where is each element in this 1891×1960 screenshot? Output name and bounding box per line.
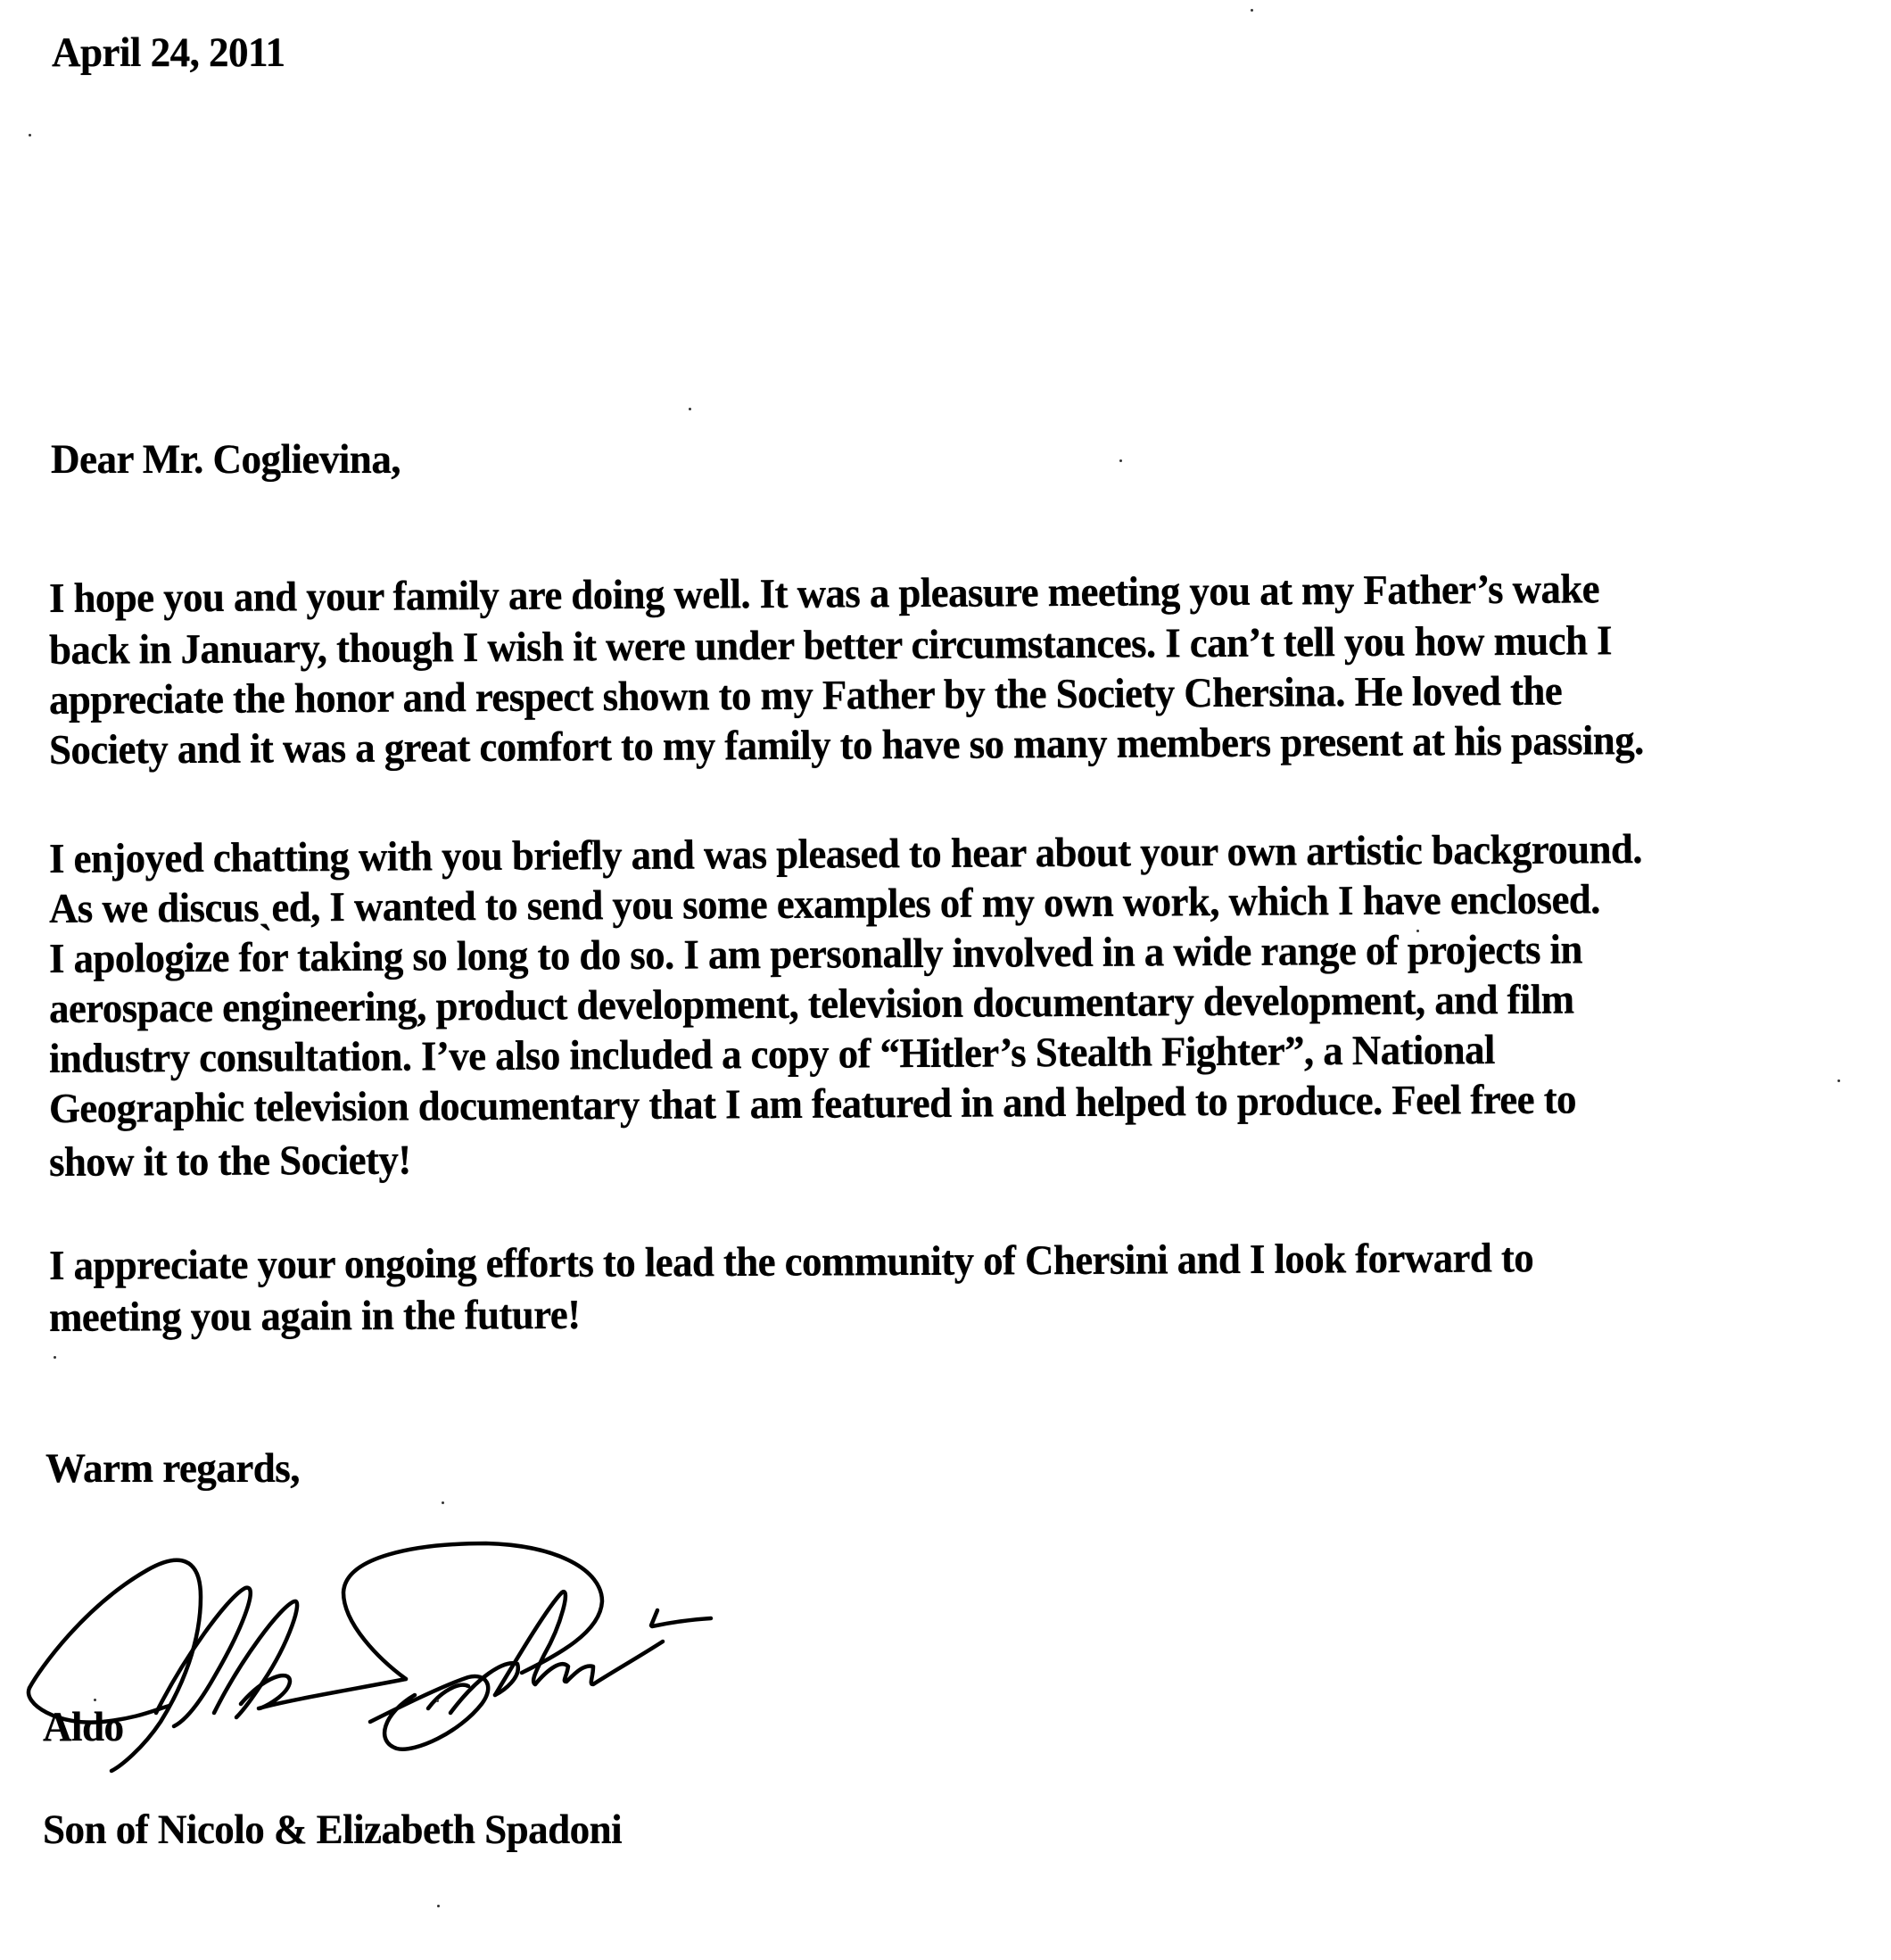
scan-speck xyxy=(437,1905,440,1907)
paragraph-line: I appreciate your ongoing efforts to lea… xyxy=(49,1237,1533,1287)
paragraph-line: back in January, though I wish it were u… xyxy=(49,620,1612,672)
scan-speck xyxy=(442,1501,444,1504)
scan-speck xyxy=(1119,459,1122,462)
handwritten-signature-icon xyxy=(22,1499,807,1784)
closing: Warm regards, xyxy=(45,1448,300,1490)
scan-speck xyxy=(1416,930,1419,932)
paragraph-line: I hope you and your family are doing wel… xyxy=(49,568,1599,620)
paragraph-line: Society and it was a great comfort to my… xyxy=(49,720,1644,772)
paragraph-line: I enjoyed chatting with you briefly and … xyxy=(49,829,1642,881)
salutation: Dear Mr. Coglievina, xyxy=(51,439,400,481)
paragraph-line: show it to the Society! xyxy=(49,1140,411,1184)
scan-speck xyxy=(689,408,691,410)
scan-speck xyxy=(54,1356,56,1359)
paragraph-line: industry consultation. I’ve also include… xyxy=(49,1030,1495,1080)
scan-speck xyxy=(436,1699,439,1702)
letter-date: April 24, 2011 xyxy=(52,32,285,74)
paragraph-line: appreciate the honor and respect shown t… xyxy=(49,671,1562,722)
paragraph-line: aerospace engineering, product developme… xyxy=(49,980,1574,1030)
scan-speck xyxy=(94,1699,96,1701)
paragraph-line: I apologize for taking so long to do so.… xyxy=(49,930,1582,980)
paragraph-line: As we discusˎed, I wanted to send you so… xyxy=(49,879,1600,930)
paragraph-line: Geographic television documentary that I… xyxy=(49,1079,1576,1130)
paragraph-line: meeting you again in the future! xyxy=(49,1294,581,1339)
letter-page: April 24, 2011 Dear Mr. Coglievina, I ho… xyxy=(0,0,1891,1960)
scan-speck xyxy=(1837,1079,1840,1082)
signoff-parents: Son of Nicolo & Elizabeth Spadoni xyxy=(43,1809,622,1851)
signoff-name: Aldo xyxy=(43,1707,123,1749)
scan-speck xyxy=(1251,9,1253,12)
scan-speck xyxy=(29,134,31,136)
